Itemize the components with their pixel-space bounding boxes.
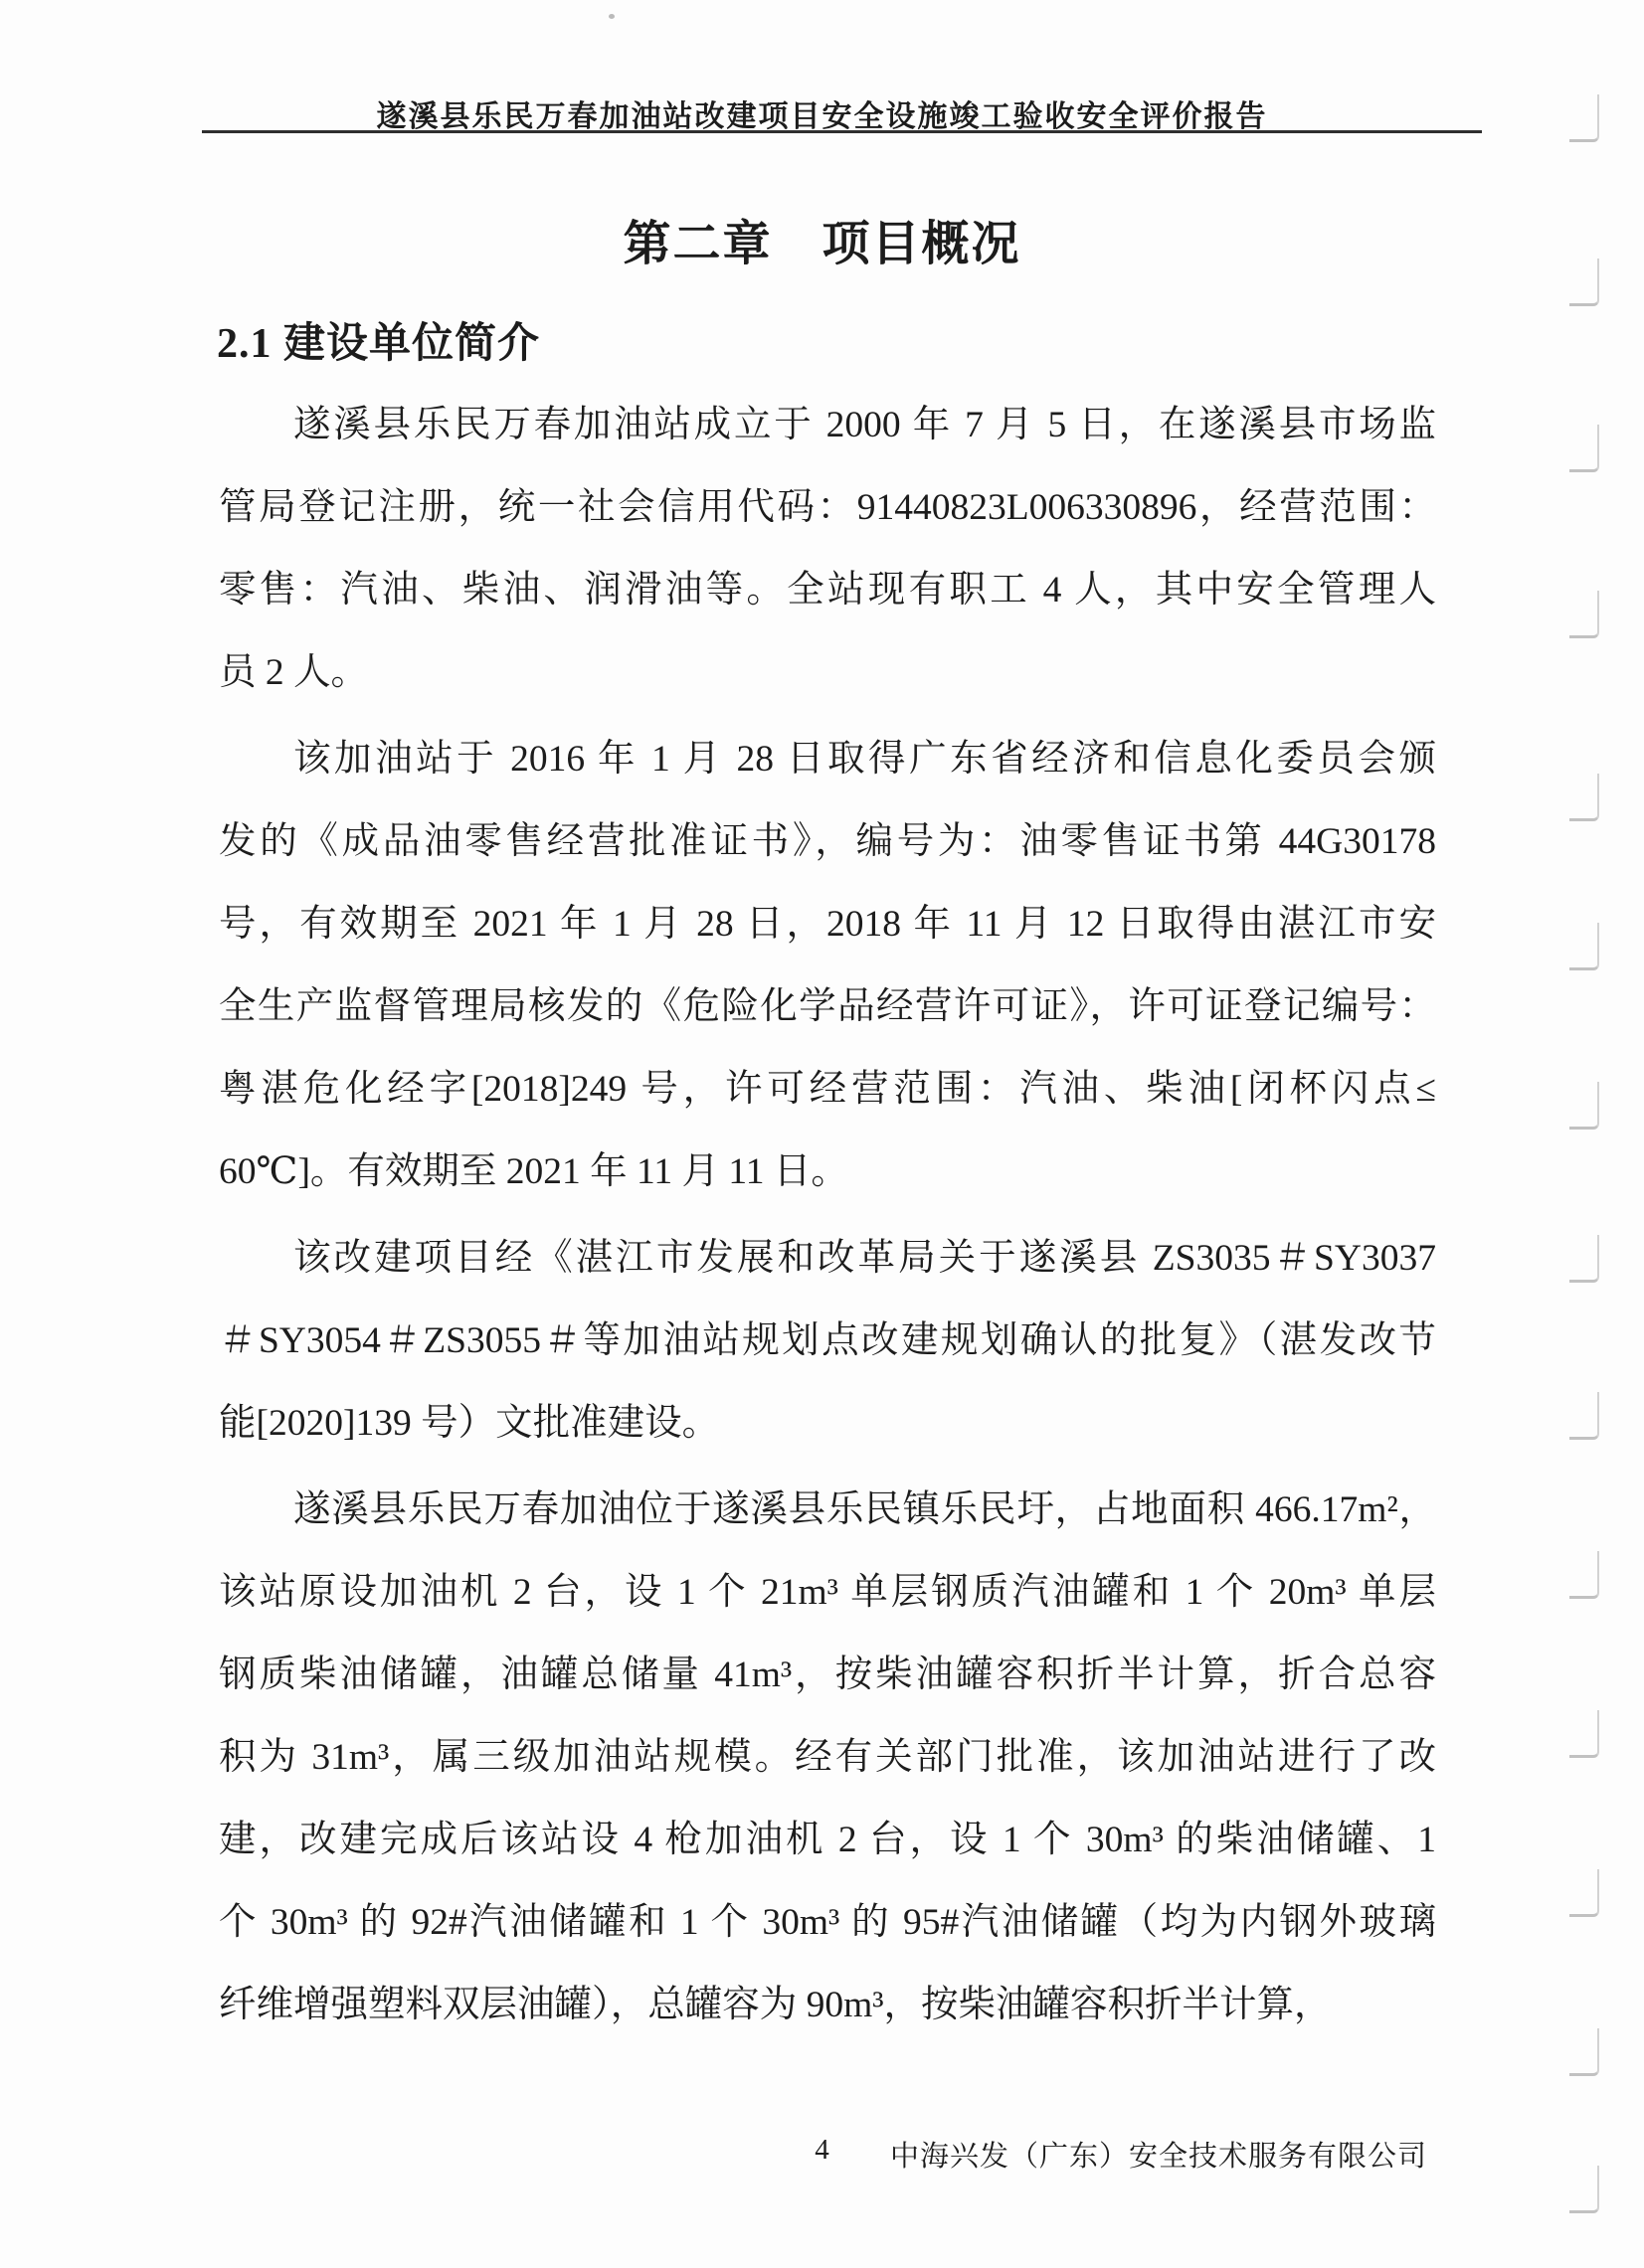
page-edge-mark <box>1569 591 1599 638</box>
text-line: 号，有效期至 2021 年 1 月 28 日，2018 年 11 月 12 日取… <box>219 883 1436 965</box>
text-line: ＃SY3054＃ZS3055＃等加油站规划点改建规划确认的批复》（湛发改节 <box>219 1300 1436 1382</box>
text-line: 零售：汽油、柴油、润滑油等。全站现有职工 4 人，其中安全管理人 <box>219 549 1436 631</box>
text-line: 纤维增强塑料双层油罐），总罐容为 90m³，按柴油罐容积折半计算， <box>219 1964 1436 2046</box>
page-edge-mark <box>1569 1551 1599 1599</box>
text-line: 遂溪县乐民万春加油位于遂溪县乐民镇乐民圩，占地面积 466.17m²， <box>219 1469 1436 1551</box>
text-line: 该加油站于 2016 年 1 月 28 日取得广东省经济和信息化委员会颁 <box>219 718 1436 800</box>
scan-dot-artifact <box>609 14 615 19</box>
text-line: 能[2020]139 号）文批准建设。 <box>219 1382 1436 1465</box>
text-line: 钢质柴油储罐，油罐总储量 41m³，按柴油罐容积折半计算，折合总容 <box>219 1634 1436 1716</box>
page-header-title: 遂溪县乐民万春加油站改建项目安全设施竣工验收安全评价报告 <box>0 91 1644 135</box>
page-edge-mark <box>1569 1235 1599 1283</box>
text-line: 个 30m³ 的 92#汽油储罐和 1 个 30m³ 的 95#汽油储罐（均为内… <box>219 1881 1436 1964</box>
chapter-title: 第二章 项目概况 <box>0 205 1644 273</box>
paragraph: 遂溪县乐民万春加油站成立于 2000 年 7 月 5 日，在遂溪县市场监管局登记… <box>219 384 1436 714</box>
page-edge-mark <box>1569 1082 1599 1130</box>
report-page: 遂溪县乐民万春加油站改建项目安全设施竣工验收安全评价报告 第二章 项目概况 2.… <box>0 0 1644 2268</box>
text-line: 全生产监督管理局核发的《危险化学品经营许可证》，许可证登记编号： <box>219 965 1436 1048</box>
header-divider <box>202 130 1482 133</box>
text-line: 粤湛危化经字[2018]249 号，许可经营范围：汽油、柴油[闭杯闪点≤ <box>219 1048 1436 1131</box>
page-edge-mark <box>1569 1392 1599 1440</box>
paragraph: 该加油站于 2016 年 1 月 28 日取得广东省经济和信息化委员会颁发的《成… <box>219 718 1436 1213</box>
document-body: 遂溪县乐民万春加油站成立于 2000 年 7 月 5 日，在遂溪县市场监管局登记… <box>219 384 1436 2050</box>
text-line: 积为 31m³，属三级加油站规模。经有关部门批准，该加油站进行了改 <box>219 1716 1436 1799</box>
paragraph: 该改建项目经《湛江市发展和改革局关于遂溪县 ZS3035＃SY3037＃SY30… <box>219 1217 1436 1465</box>
text-line: 遂溪县乐民万春加油站成立于 2000 年 7 月 5 日，在遂溪县市场监 <box>219 384 1436 466</box>
text-line: 60℃]。有效期至 2021 年 11 月 11 日。 <box>219 1131 1436 1213</box>
text-line: 员 2 人。 <box>219 631 1436 714</box>
text-line: 该改建项目经《湛江市发展和改革局关于遂溪县 ZS3035＃SY3037 <box>219 1217 1436 1300</box>
page-edge-mark <box>1569 774 1599 821</box>
page-edge-mark <box>1569 2028 1599 2076</box>
page-edge-mark <box>1569 1869 1599 1917</box>
footer-company: 中海兴发（广东）安全技术服务有限公司 <box>890 2134 1427 2175</box>
page-edge-mark <box>1569 923 1599 970</box>
page-edge-mark <box>1569 425 1599 472</box>
section-heading: 2.1 建设单位简介 <box>217 310 540 370</box>
text-line: 该站原设加油机 2 台，设 1 个 21m³ 单层钢质汽油罐和 1 个 20m³… <box>219 1551 1436 1634</box>
text-line: 建，改建完成后该站设 4 枪加油机 2 台，设 1 个 30m³ 的柴油储罐、1 <box>219 1799 1436 1881</box>
page-edge-mark <box>1569 1710 1599 1758</box>
text-line: 发的《成品油零售经营批准证书》，编号为：油零售证书第 44G30178 <box>219 800 1436 883</box>
text-line: 管局登记注册，统一社会信用代码：91440823L006330896，经营范围： <box>219 466 1436 549</box>
page-edge-mark <box>1569 259 1599 306</box>
page-edge-mark <box>1569 94 1599 142</box>
paragraph: 遂溪县乐民万春加油位于遂溪县乐民镇乐民圩，占地面积 466.17m²，该站原设加… <box>219 1469 1436 2046</box>
page-edge-mark <box>1569 2166 1599 2213</box>
